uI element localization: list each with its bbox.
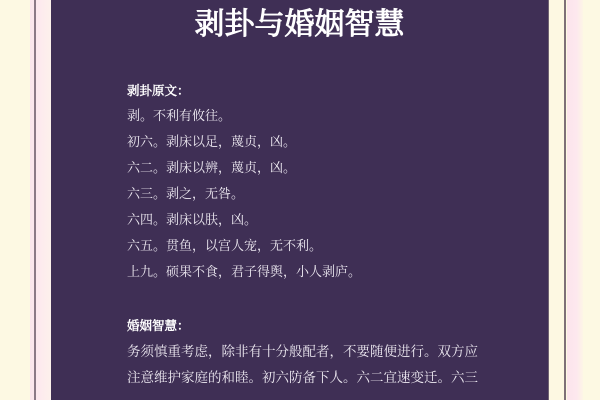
original-text-line: 上九。硕果不食，君子得舆，小人剥庐。 bbox=[127, 260, 487, 286]
marriage-wisdom-heading: 婚姻智慧： bbox=[127, 313, 487, 339]
original-text-line: 六四。剥床以肤，凶。 bbox=[127, 208, 487, 234]
original-text-line: 剥。不利有攸往。 bbox=[127, 104, 487, 130]
marriage-wisdom-paragraph: 务须慎重考虑，除非有十分般配者，不要随便进行。双方应 注意维护家庭的和睦。初六防… bbox=[127, 339, 479, 391]
content-panel: 剥卦与婚姻智慧 剥卦原文： 剥。不利有攸往。 初六。剥床以足，蔑贞，凶。 六二。… bbox=[51, 0, 548, 400]
original-text-heading: 剥卦原文： bbox=[127, 78, 487, 104]
paragraph-line: 注意维护家庭的和睦。初六防备下人。六二宜速变迁。六三 bbox=[127, 365, 479, 391]
original-text-line: 六五。贯鱼，以宫人宠，无不利。 bbox=[127, 234, 487, 260]
original-text-line: 六三。剥之，无咎。 bbox=[127, 182, 487, 208]
original-text-line: 初六。剥床以足，蔑贞，凶。 bbox=[127, 130, 487, 156]
right-frame-pink bbox=[567, 0, 583, 400]
original-text-line: 六二。剥床以辨，蔑贞，凶。 bbox=[127, 156, 487, 182]
original-text-section: 剥卦原文： 剥。不利有攸往。 初六。剥床以足，蔑贞，凶。 六二。剥床以辨，蔑贞，… bbox=[127, 78, 487, 286]
paragraph-line: 务须慎重考虑，除非有十分般配者，不要随便进行。双方应 bbox=[127, 339, 479, 365]
page-title: 剥卦与婚姻智慧 bbox=[51, 6, 548, 44]
marriage-wisdom-section: 婚姻智慧： 务须慎重考虑，除非有十分般配者，不要随便进行。双方应 注意维护家庭的… bbox=[127, 313, 487, 391]
page: 剥卦与婚姻智慧 剥卦原文： 剥。不利有攸往。 初六。剥床以足，蔑贞，凶。 六二。… bbox=[0, 0, 600, 400]
left-frame-line bbox=[34, 0, 36, 400]
right-frame-line-outer bbox=[564, 0, 566, 400]
